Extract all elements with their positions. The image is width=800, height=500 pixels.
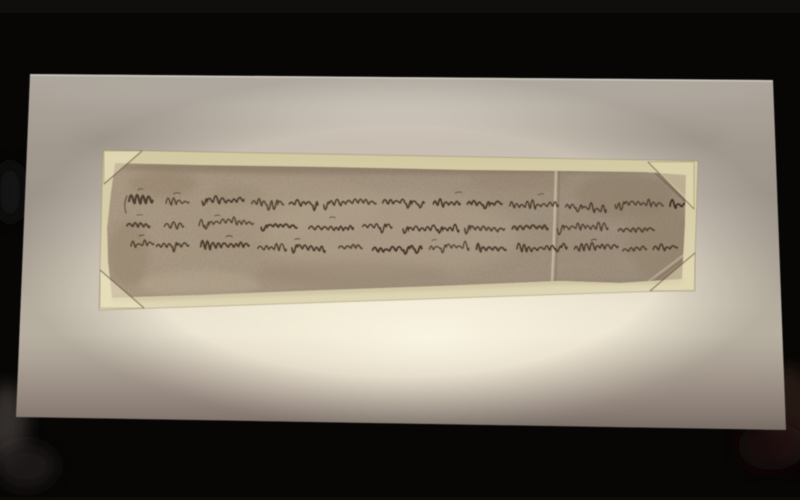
museum-photo-svg	[0, 0, 800, 500]
stain-patch	[129, 171, 197, 197]
stain-patch	[108, 222, 148, 286]
lightbox-display	[16, 74, 786, 433]
abbreviation-mark	[137, 215, 143, 216]
ceiling-shadow-band	[0, 0, 800, 13]
stain-patch	[257, 261, 447, 287]
exhibit-photo	[0, 0, 800, 500]
